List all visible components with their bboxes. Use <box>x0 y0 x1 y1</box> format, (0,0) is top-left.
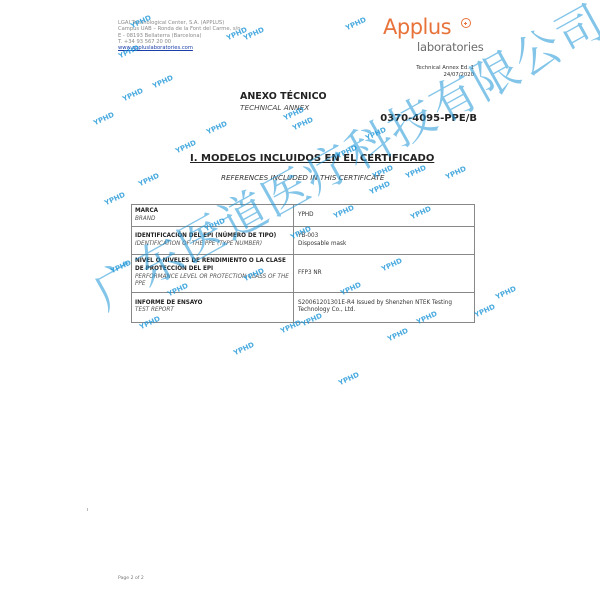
row-label: IDENTIFICACIÓN DEL EPI (NÚMERO DE TIPO) … <box>132 227 294 255</box>
watermark-stamp: YPHD <box>92 111 115 127</box>
section-title: I. MODELOS INCLUIDOS EN EL CERTIFICADO <box>190 153 434 164</box>
watermark-stamp: YPHD <box>291 116 314 132</box>
value-text: YPHD <box>298 212 471 220</box>
page-number: Page 2 of 2 <box>118 576 144 581</box>
annex-edition-label: Technical Annex Ed. 1 <box>416 65 474 72</box>
document-title: ANEXO TÉCNICO <box>240 91 327 102</box>
value-text: Disposable mask <box>298 241 471 249</box>
certificate-page: LGAI Technological Center, S.A. (APPLUS)… <box>0 0 600 600</box>
logo-brand: Applus <box>383 15 451 39</box>
watermark-stamp: YPHD <box>404 164 427 180</box>
label-es: NIVEL O NIVELES DE RENDIMIENTO O LA CLAS… <box>135 258 290 273</box>
certificate-number: 0370-4095-PPE/B <box>380 113 477 124</box>
watermark-stamp: YPHD <box>344 16 367 32</box>
annex-date: 24/07/2020 <box>416 72 474 79</box>
website-link[interactable]: www.appluslaboratories.com <box>118 45 193 51</box>
watermark-stamp: YPHD <box>103 191 126 207</box>
label-es: MARCA <box>135 208 290 216</box>
watermark-stamp: YPHD <box>494 285 517 301</box>
table-row: NIVEL O NIVELES DE RENDIMIENTO O LA CLAS… <box>132 255 475 292</box>
label-es: IDENTIFICACIÓN DEL EPI (NÚMERO DE TIPO) <box>135 233 290 241</box>
watermark-stamp: YPHD <box>137 172 160 188</box>
label-en: BRAND <box>135 216 290 224</box>
annex-edition: Technical Annex Ed. 1 24/07/2020 <box>416 65 474 78</box>
document-subtitle: TECHNICAL ANNEX <box>240 103 309 112</box>
row-value: YPHD <box>294 205 475 227</box>
address-line: Campus UAB – Ronda de la Font del Carme,… <box>118 26 241 32</box>
watermark-stamp: YPHD <box>386 327 409 343</box>
watermark-stamp: YPHD <box>109 259 132 275</box>
lab-address: LGAI Technological Center, S.A. (APPLUS)… <box>118 20 241 51</box>
label-en: PERFORMANCE LEVEL OR PROTECTION CLASS OF… <box>135 274 290 289</box>
label-en: IDENTIFICATION OF THE PPE (TYPE NUMBER) <box>135 241 290 249</box>
row-label: INFORME DE ENSAYO TEST REPORT <box>132 292 294 322</box>
watermark-stamp: YPHD <box>121 87 144 103</box>
table-row: MARCA BRAND YPHD <box>132 205 475 227</box>
plus-circle-icon <box>461 18 471 28</box>
watermark-stamp: YPHD <box>205 120 228 136</box>
table-row: INFORME DE ENSAYO TEST REPORT S200612013… <box>132 292 475 322</box>
watermark-stamp: YPHD <box>151 74 174 90</box>
logo-sub: laboratories <box>417 40 484 54</box>
watermark-stamp: YPHD <box>444 165 467 181</box>
label-es: INFORME DE ENSAYO <box>135 300 290 308</box>
watermark-stamp: YPHD <box>364 126 387 142</box>
margin-mark <box>87 508 88 511</box>
value-text: YB-003 <box>298 233 471 241</box>
table-row: IDENTIFICACIÓN DEL EPI (NÚMERO DE TIPO) … <box>132 227 475 255</box>
watermark-stamp: YPHD <box>242 26 265 42</box>
value-text: S20061201301E-R4 Issued by Shenzhen NTEK… <box>298 300 471 315</box>
row-value: YB-003 Disposable mask <box>294 227 475 255</box>
watermark-stamp: YPHD <box>337 371 360 387</box>
watermark-stamp: YPHD <box>368 180 391 196</box>
value-text: FFP3 NR <box>298 270 471 278</box>
section-subtitle: REFERENCES INCLUDED IN THIS CERTIFICATE <box>221 173 384 182</box>
applus-logo: Applus laboratories <box>383 18 483 56</box>
watermark-stamp: YPHD <box>232 341 255 357</box>
row-value: FFP3 NR <box>294 255 475 292</box>
label-en: TEST REPORT <box>135 307 290 315</box>
row-label: MARCA BRAND <box>132 205 294 227</box>
references-table: MARCA BRAND YPHD IDENTIFICACIÓN DEL EPI … <box>131 204 475 323</box>
watermark-stamp: YPHD <box>473 303 496 319</box>
row-label: NIVEL O NIVELES DE RENDIMIENTO O LA CLAS… <box>132 255 294 292</box>
row-value: S20061201301E-R4 Issued by Shenzhen NTEK… <box>294 292 475 322</box>
